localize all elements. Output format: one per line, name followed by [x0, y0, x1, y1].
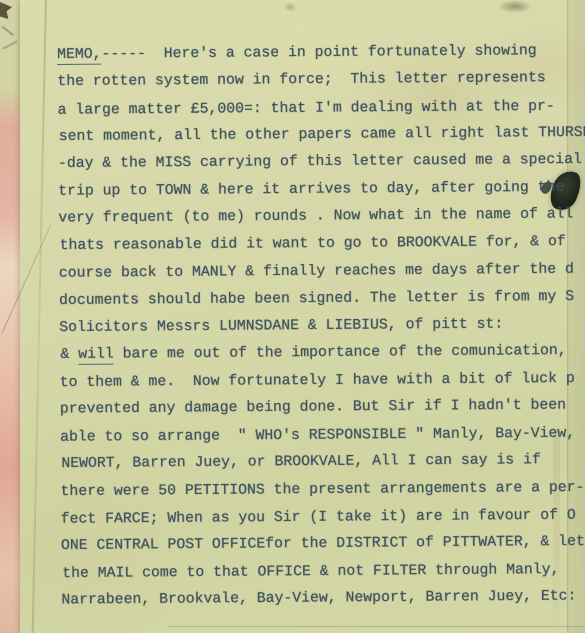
memo-text-segment: bare me out of the importance of the com…	[114, 343, 567, 363]
memo-text-segment: -day & the MISS carrying of this letter …	[58, 152, 582, 172]
memo-line: fect FARCE; When as you Sir (I take it) …	[61, 502, 585, 534]
memo-text-segment: course back to MANLY & finally reaches m…	[59, 262, 574, 282]
bottom-page-edge	[168, 626, 585, 627]
memo-text-segment: the rotten system now in force; This let…	[57, 70, 546, 90]
memo-text-segment: Here's a case in point fortunately showi…	[146, 43, 537, 62]
torn-corner-mark	[0, 2, 12, 19]
memo-line: Narrabeen, Brookvale, Bay-View, Newport,…	[61, 583, 585, 615]
memo-line: MEMO,----- Here's a case in point fortun…	[57, 38, 585, 70]
memo-text-segment: NEWORT, Barren Juey, or BROOKVALE, All I…	[61, 453, 541, 473]
memo-line: & will bare me out of the importance of …	[60, 338, 585, 370]
smudge-dot	[283, 2, 297, 12]
memo-text-block: MEMO,----- Here's a case in point fortun…	[57, 38, 585, 616]
underlined-text: will	[78, 347, 114, 365]
memo-text-segment: &	[60, 347, 78, 363]
memo-line: prevented any damage being done. But Sir…	[60, 392, 585, 424]
pencil-scribble	[3, 40, 18, 49]
smudge-mark	[498, 0, 532, 13]
memo-text-segment: thats reasonable did it want to go to BR…	[60, 234, 566, 254]
memo-text-segment: Narrabeen, Brookvale, Bay-View, Newport,…	[61, 588, 576, 608]
memo-line: -day & the MISS carrying of this letter …	[58, 147, 585, 179]
memo-text-segment: ONE CENTRAL POST OFFICEfor the DISTRICT …	[61, 534, 585, 554]
memo-line: Solicitors Messrs LUMNSDANE & LIEBIUS, o…	[59, 311, 585, 343]
memo-text-segment: trip up to TOWN & here it arrives to day…	[58, 180, 564, 200]
pencil-scribble	[2, 26, 14, 36]
memo-text-segment: -----	[101, 46, 146, 62]
memo-line: documents should habe been signed. The l…	[59, 283, 585, 315]
memo-text-segment: the MAIL come to that OFFICE & not FILTE…	[62, 562, 559, 582]
memo-line: sent moment, all the other papers came a…	[59, 119, 585, 151]
memo-text-segment: a large matter £5,000=: that I'm dealing…	[57, 98, 554, 118]
memo-text-segment: to them & me. Now fortunately I have wit…	[60, 371, 575, 391]
scanned-memo-page: { "colors": { "paper": "#d6d8aa", "ink":…	[0, 0, 585, 633]
memo-line: the rotten system now in force; This let…	[57, 65, 585, 97]
underlined-text: MEMO,	[57, 47, 102, 65]
memo-line: very frequent (to me) rounds . Now what …	[58, 201, 585, 233]
memo-text-segment: documents should habe been signed. The l…	[59, 289, 574, 309]
memo-line: course back to MANLY & finally reaches m…	[59, 257, 585, 289]
memo-text-segment: prevented any damage being done. But Sir…	[60, 397, 566, 417]
memo-text-segment: Solicitors Messrs LUMNSDANE & LIEBIUS, o…	[59, 316, 503, 335]
memo-line: thats reasonable did it want to go to BR…	[60, 229, 585, 261]
memo-text-segment: there were 50 PETITIONS the present arra…	[60, 480, 584, 500]
memo-text-segment: able to so arrange " WHO's RESPONSIBLE "…	[60, 426, 575, 446]
memo-line: there were 50 PETITIONS the present arra…	[60, 474, 585, 506]
memo-text-segment: sent moment, all the other papers came a…	[59, 125, 585, 145]
memo-text-segment: very frequent (to me) rounds . Now what …	[58, 206, 573, 226]
memo-line: ONE CENTRAL POST OFFICEfor the DISTRICT …	[61, 529, 585, 561]
memo-line: NEWORT, Barren Juey, or BROOKVALE, All I…	[61, 447, 585, 479]
memo-text-segment: fect FARCE; When as you Sir (I take it) …	[61, 508, 576, 528]
